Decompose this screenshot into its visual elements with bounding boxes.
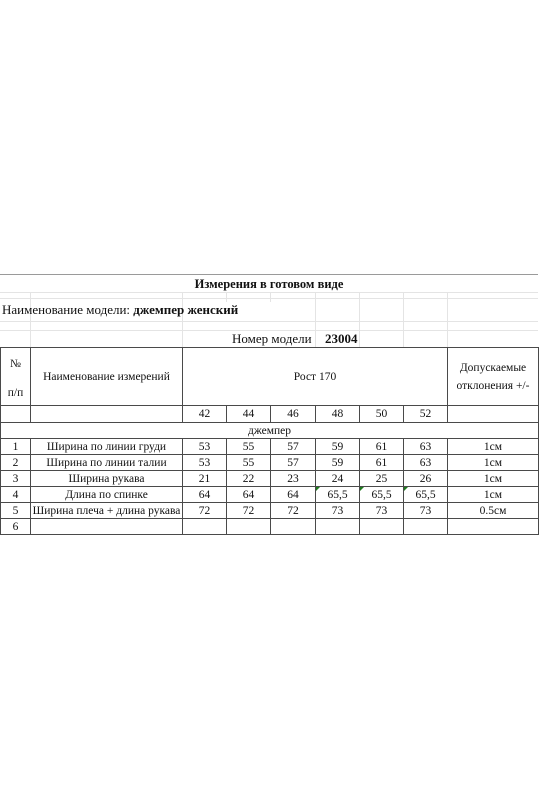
- header-num-top: №: [1, 348, 31, 381]
- size-header: 52: [404, 406, 448, 423]
- measurement-value: 61: [360, 455, 404, 471]
- size-header: 44: [227, 406, 271, 423]
- measurement-name: Ширина рукава: [31, 471, 183, 487]
- tolerance-value: 1см: [448, 439, 539, 455]
- row-number: 4: [1, 487, 31, 503]
- measurement-value: [183, 519, 227, 535]
- section-row: джемпер: [1, 423, 539, 439]
- measurement-value: 63: [404, 455, 448, 471]
- table-row: 2Ширина по линии талии5355575961631см: [1, 455, 539, 471]
- size-header: 48: [316, 406, 360, 423]
- header-measurement-name: Наименование измерений: [31, 348, 183, 406]
- measurement-value: [404, 519, 448, 535]
- table-row: 6: [1, 519, 539, 535]
- measurement-value: 53: [183, 455, 227, 471]
- table-row: 1Ширина по линии груди5355575961631см: [1, 439, 539, 455]
- measurement-value: 59: [316, 439, 360, 455]
- measurement-value: 55: [227, 439, 271, 455]
- measurement-value: [227, 519, 271, 535]
- measurement-value: 72: [227, 503, 271, 519]
- measurement-value: 26: [404, 471, 448, 487]
- measurement-name: [31, 519, 183, 535]
- size-header: 50: [360, 406, 404, 423]
- measurement-value: 65,5: [360, 487, 404, 503]
- model-name-label: Наименование модели:: [2, 302, 130, 317]
- sizes-row-blank: [448, 406, 539, 423]
- measurement-table: № Наименование измерений Рост 170 Допуск…: [0, 347, 539, 535]
- gridline: [403, 292, 404, 347]
- sizes-row-blank: [1, 406, 31, 423]
- header-num-bottom: п/п: [1, 381, 31, 406]
- gridline: [270, 292, 271, 302]
- sizes-row-blank: [31, 406, 183, 423]
- measurement-value: 63: [404, 439, 448, 455]
- measurement-value: 55: [227, 455, 271, 471]
- measurement-value: [271, 519, 316, 535]
- model-name-value: джемпер женский: [133, 302, 238, 317]
- sizes-row: 424446485052: [1, 406, 539, 423]
- measurement-value: 21: [183, 471, 227, 487]
- tolerance-value: [448, 519, 539, 535]
- tolerance-value: 1см: [448, 471, 539, 487]
- measurement-value: 53: [183, 439, 227, 455]
- table-row: 4Длина по спинке64646465,565,565,51см: [1, 487, 539, 503]
- measurement-value: 25: [360, 471, 404, 487]
- measurement-name: Длина по спинке: [31, 487, 183, 503]
- measurement-value: 64: [183, 487, 227, 503]
- measurement-value: 73: [360, 503, 404, 519]
- tolerance-value: 1см: [448, 455, 539, 471]
- gridline: [447, 292, 448, 347]
- measurement-value: 61: [360, 439, 404, 455]
- row-number: 1: [1, 439, 31, 455]
- measurement-name: Ширина по линии груди: [31, 439, 183, 455]
- size-header: 42: [183, 406, 227, 423]
- gridline: [0, 298, 538, 299]
- measurement-value: 22: [227, 471, 271, 487]
- sheet-top-border: [0, 274, 538, 275]
- document-title: Измерения в готовом виде: [0, 276, 538, 292]
- gridline: [0, 321, 538, 322]
- tolerance-value: 1см: [448, 487, 539, 503]
- model-number-label: Номер модели: [232, 331, 312, 347]
- model-number-value: 23004: [325, 331, 358, 347]
- gridline: [182, 292, 183, 347]
- size-header: 46: [271, 406, 316, 423]
- measurement-value: 59: [316, 455, 360, 471]
- measurement-value: 23: [271, 471, 316, 487]
- measurement-value: 65,5: [404, 487, 448, 503]
- tolerance-value: 0.5см: [448, 503, 539, 519]
- measurement-value: 65,5: [316, 487, 360, 503]
- measurement-value: 72: [271, 503, 316, 519]
- gridline: [0, 292, 538, 293]
- header-row: № Наименование измерений Рост 170 Допуск…: [1, 348, 539, 381]
- measurement-value: 57: [271, 439, 316, 455]
- gridline: [226, 292, 227, 302]
- row-number: 3: [1, 471, 31, 487]
- row-number: 6: [1, 519, 31, 535]
- measurement-value: 64: [227, 487, 271, 503]
- measurement-value: 73: [404, 503, 448, 519]
- row-number: 2: [1, 455, 31, 471]
- measurement-name: Ширина плеча + длина рукава: [31, 503, 183, 519]
- measurement-value: [316, 519, 360, 535]
- measurement-value: 72: [183, 503, 227, 519]
- measurement-value: 24: [316, 471, 360, 487]
- table-row: 5Ширина плеча + длина рукава727272737373…: [1, 503, 539, 519]
- header-tolerance: Допускаемые отклонения +/-: [448, 348, 539, 406]
- gridline: [315, 292, 316, 347]
- row-number: 5: [1, 503, 31, 519]
- table-row: 3Ширина рукава2122232425261см: [1, 471, 539, 487]
- gridline: [359, 292, 360, 347]
- measurement-value: 64: [271, 487, 316, 503]
- header-height: Рост 170: [183, 348, 448, 406]
- measurement-rows: 1Ширина по линии груди5355575961631см2Ши…: [1, 439, 539, 535]
- measurement-name: Ширина по линии талии: [31, 455, 183, 471]
- model-name-line: Наименование модели: джемпер женский: [2, 302, 238, 318]
- measurement-value: 57: [271, 455, 316, 471]
- gridline: [30, 292, 31, 347]
- measurement-value: 73: [316, 503, 360, 519]
- section-label: джемпер: [1, 423, 539, 439]
- measurement-value: [360, 519, 404, 535]
